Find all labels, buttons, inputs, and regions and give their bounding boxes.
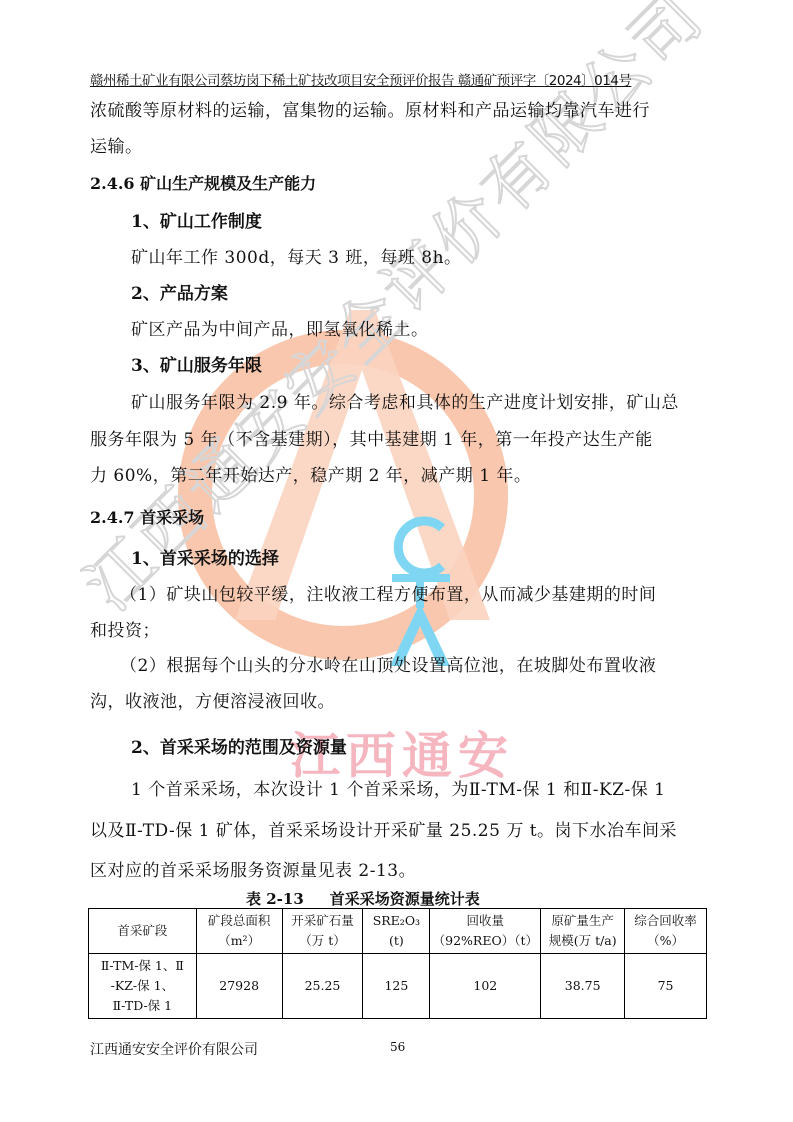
cell-recovery-rate: 75 [625, 954, 707, 1019]
watermark-diagonal-text: 江西通安安全评价有限公司 [60, 0, 721, 627]
section-heading-2-4-7: 2.4.7 首采采场 [90, 505, 204, 528]
paragraph-line: 区对应的首采采场服务资源量见表 2-13。 [90, 856, 416, 881]
paragraph-line: 和投资； [90, 616, 160, 641]
paragraph-line: 服务年限为 5 年（不含基建期），其中基建期 1 年，第一年投产达生产能 [90, 425, 653, 450]
paragraph-line: 沟，收液池，方便溶浸液回收。 [90, 687, 335, 712]
paragraph-line: （1）矿块山包较平缓，注收液工程方便布置，从而减少基建期的时间 [120, 580, 656, 605]
paragraph-line: （2）根据每个山头的分水岭在山顶处设置高位池，在坡脚处布置收液 [120, 651, 656, 676]
table-header-row: 首采矿段 矿段总面积（m²） 开采矿石量（万 t） SRE₂O₃(t) 回收量（… [89, 909, 707, 954]
running-header: 赣州稀土矿业有限公司蔡坊岗下稀土矿技改项目安全预评价报告 赣通矿预评字〔2024… [90, 69, 631, 89]
cell-capacity: 38.75 [541, 954, 625, 1019]
paragraph-line: 1 个首采采场，本次设计 1 个首采采场，为Ⅱ-TM-保 1 和Ⅱ-KZ-保 1 [131, 775, 665, 800]
header-capacity: 原矿量生产规模(万 t/a) [541, 909, 625, 954]
subheading-work-schedule: 1、矿山工作制度 [131, 207, 262, 232]
cell-recovered: 102 [430, 954, 541, 1019]
footer-company: 江西通安安全评价有限公司 [90, 1039, 258, 1059]
table-caption-number: 表 2-13 [246, 890, 304, 908]
header-ore-quantity: 开采矿石量（万 t） [282, 909, 363, 954]
paragraph-line: 矿区产品为中间产品，即氢氧化稀土。 [131, 315, 429, 340]
paragraph-line: 浓硫酸等原材料的运输，富集物的运输。原材料和产品运输均靠汽车进行 [90, 96, 650, 121]
cell-segment: Ⅱ-TM-保 1、Ⅱ-KZ-保 1、Ⅱ-TD-保 1 [89, 954, 197, 1019]
section-heading-2-4-6: 2.4.6 矿山生产规模及生产能力 [90, 171, 316, 194]
watermark-logo-circle [178, 330, 508, 660]
paragraph-line: 运输。 [90, 132, 143, 157]
table-caption: 表 2-13首采采场资源量统计表 [246, 888, 480, 909]
paragraph-line: 矿山服务年限为 2.9 年。综合考虑和具体的生产进度计划安排，矿山总 [131, 388, 679, 413]
subheading-service-life: 3、矿山服务年限 [131, 351, 262, 376]
cell-area: 27928 [196, 954, 282, 1019]
table-caption-title: 首采采场资源量统计表 [330, 890, 480, 908]
header-recovered: 回收量（92%REO）（t） [430, 909, 541, 954]
document-page: 江西通安 江西通安安全评价有限公司 赣州稀土矿业有限公司蔡坊岗下稀土矿技改项目安… [0, 0, 793, 1122]
header-recovery-rate: 综合回收率（%） [625, 909, 707, 954]
subheading-first-stope-scope: 2、首采采场的范围及资源量 [131, 733, 347, 758]
subheading-product-plan: 2、产品方案 [131, 279, 228, 304]
cell-sre2o3: 125 [363, 954, 430, 1019]
header-sre2o3: SRE₂O₃(t) [363, 909, 430, 954]
cell-ore-quantity: 25.25 [282, 954, 363, 1019]
page-number: 56 [390, 1040, 405, 1054]
paragraph-line: 力 60%，第二年开始达产，稳产期 2 年，减产期 1 年。 [90, 461, 531, 486]
resource-statistics-table: 首采矿段 矿段总面积（m²） 开采矿石量（万 t） SRE₂O₃(t) 回收量（… [88, 908, 707, 1019]
table-row: Ⅱ-TM-保 1、Ⅱ-KZ-保 1、Ⅱ-TD-保 1 27928 25.25 1… [89, 954, 707, 1019]
paragraph-line: 矿山年工作 300d，每天 3 班，每班 8h。 [131, 243, 462, 268]
subheading-first-stope-selection: 1、首采采场的选择 [131, 544, 279, 569]
header-area: 矿段总面积（m²） [196, 909, 282, 954]
header-segment: 首采矿段 [89, 909, 197, 954]
paragraph-line: 以及Ⅱ-TD-保 1 矿体，首采采场设计开采矿量 25.25 万 t。岗下水冶车… [90, 816, 677, 841]
